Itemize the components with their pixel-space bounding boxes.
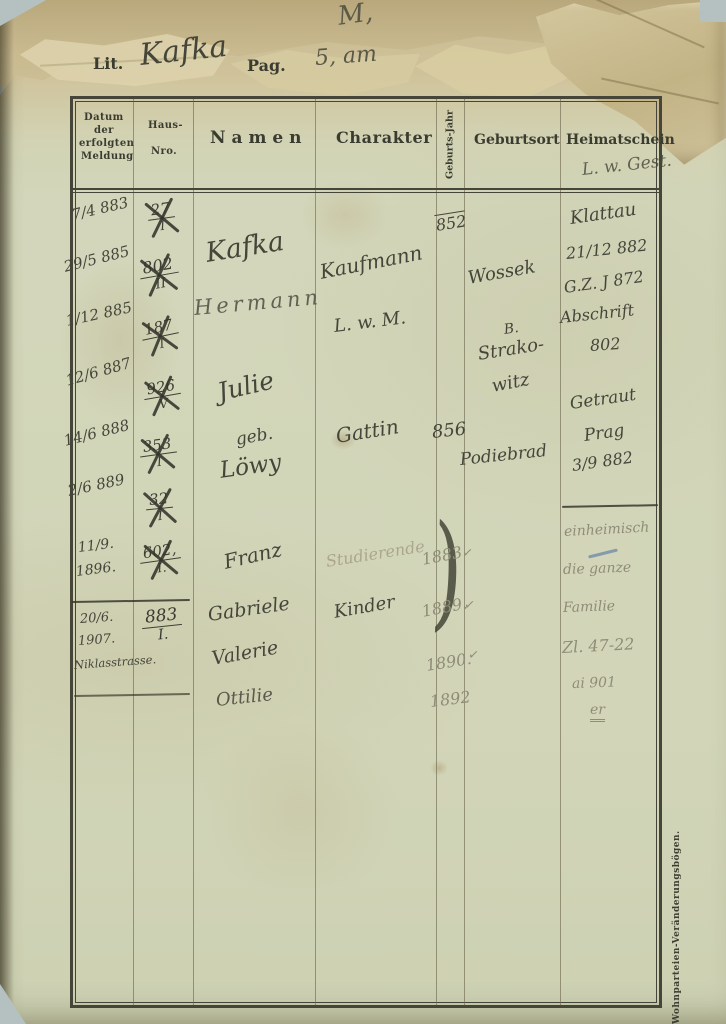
header-separator [73,188,659,190]
heimatschein-pencil-note: ai 901 [572,674,617,692]
date-entry: 1907. [77,631,115,649]
house-number-crossed: 926V [142,377,184,415]
column-rule [133,99,134,1005]
heimatschein-pencil-note: Zl. 47-22 [562,634,635,657]
header-geburtsort: Geburtsort [474,132,560,148]
scanner-background [700,0,726,22]
header-haus-line: Haus- [148,120,183,131]
header-namen: Namen [210,128,307,148]
top-scribble: M, [336,0,375,32]
header-datum-line: der [94,125,114,136]
column-rule [315,99,316,1005]
scanned-document: M, Lit. Kafka Pag. 5, am Datum der erfol… [0,0,726,1024]
pag-label: Pag. [247,56,286,75]
grouping-brace: ) [429,499,466,646]
house-number-crossed: 602,I. [138,541,183,578]
header-datum-line: Meldung [81,151,134,162]
house-number-crossed: 802II [137,255,181,295]
header-datum-line: erfolgten [79,138,134,149]
checkmark-icon: ✓ [467,647,480,663]
form-title-vertical: Wohnparteien-Veränderungsbögen. [672,772,682,1024]
date-entry: 20/6. [79,610,113,627]
header-heimatschein: Heimatschein [566,132,675,148]
header-haus-line: Nro. [151,146,177,157]
heimatschein-entry: 802 [589,334,621,355]
birthplace-entry: B. [503,320,520,338]
page-edge-shadow [0,0,14,1024]
column-rule [193,99,194,1005]
column-rule [560,99,561,1005]
header-geburtsjahr: Geburts-Jahr [438,104,462,186]
heimatschein-pencil-note: die ganze [563,560,632,578]
heimatschein-pencil-note: er [590,702,605,722]
heimatschein-pencil-note: Familie [563,598,616,616]
checkmark-icon: ✓ [463,597,476,613]
house-number-crossed: 27I [146,200,177,235]
house-number-crossed: 32I [144,491,174,525]
house-number: 883I. [140,606,184,646]
header-datum-line: Datum [84,112,124,123]
house-number-crossed: 353I [138,436,179,473]
checkmark-icon: ✓ [461,545,474,561]
header-separator [73,192,659,193]
lit-label: Lit. [93,54,123,73]
pag-value-handwritten: 5, am [314,42,378,71]
birth-year-entry: 856 [431,418,467,442]
header-charakter: Charakter [336,128,432,147]
